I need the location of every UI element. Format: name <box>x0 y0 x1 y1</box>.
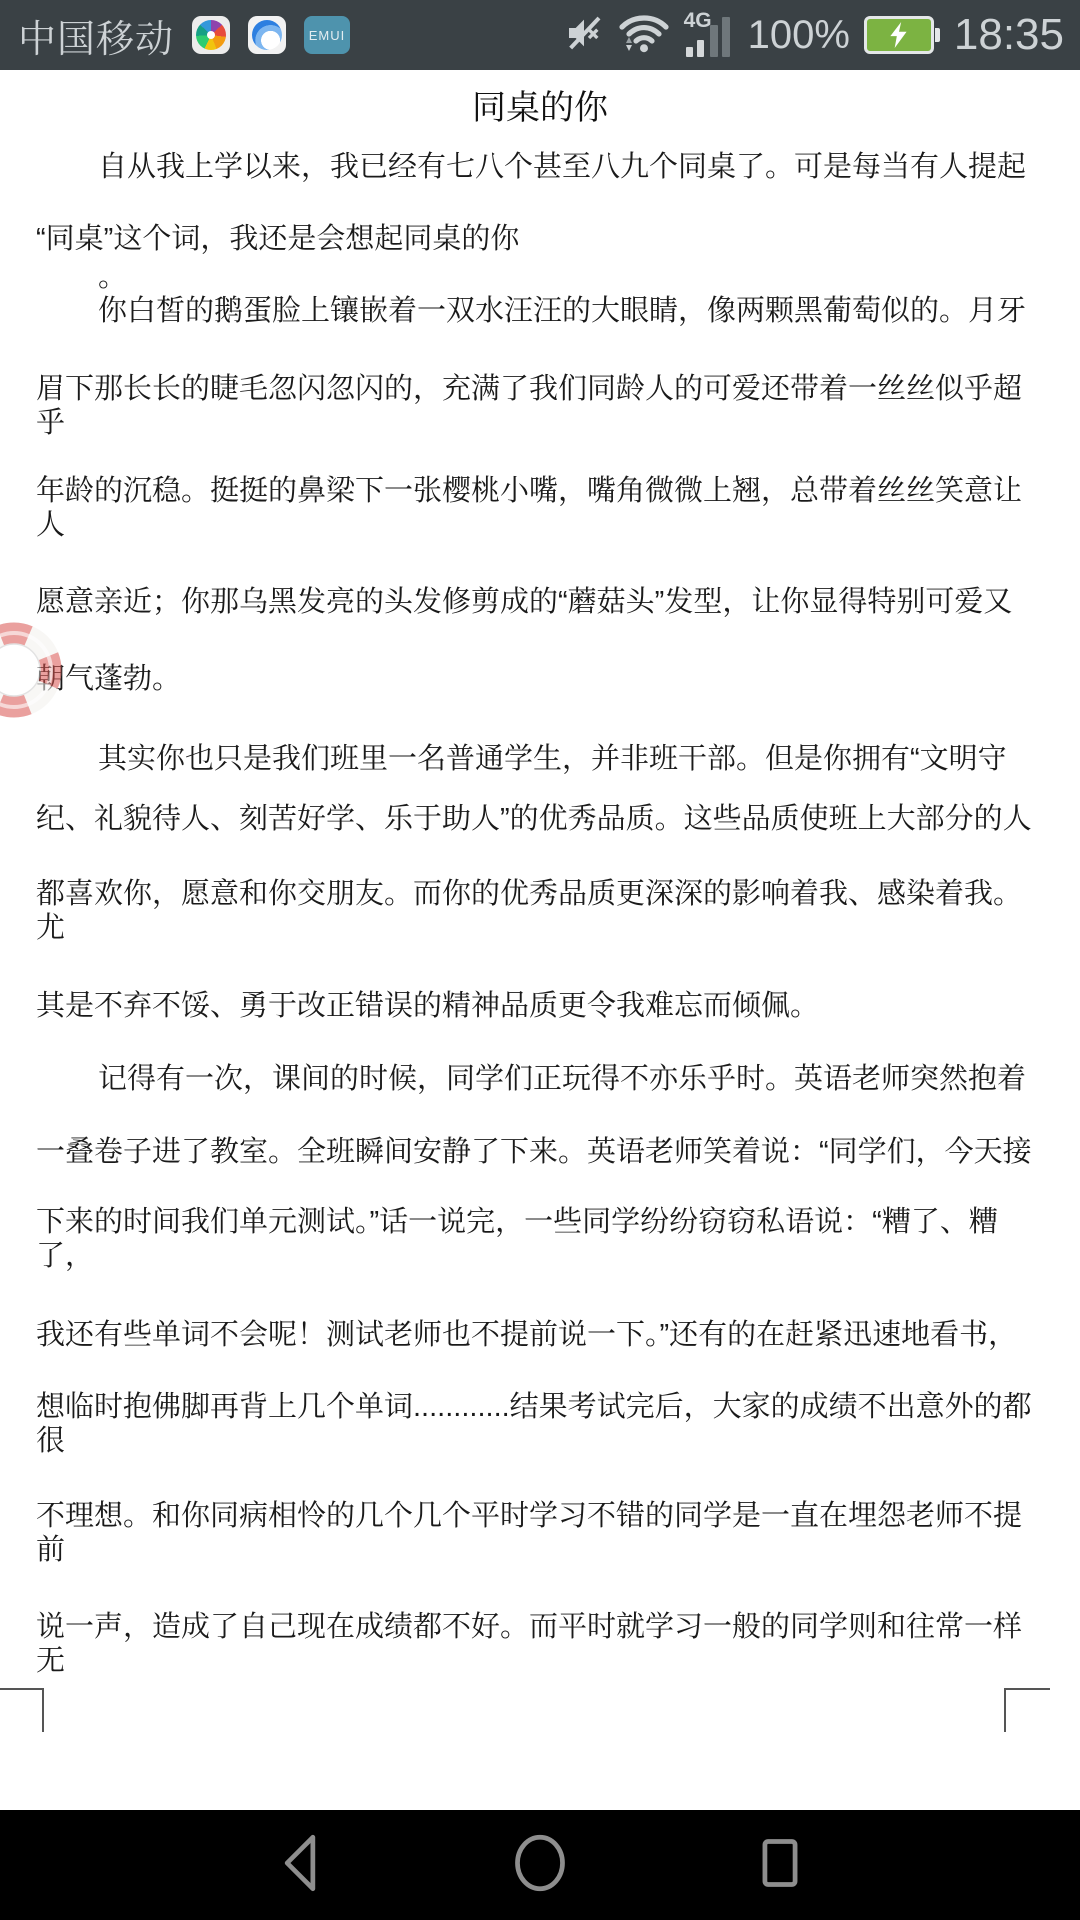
text-line: 自从我上学以来，我已经有七八个甚至八九个同桌了。可是每当有人提起 <box>0 150 1080 184</box>
text-line: 尤 <box>0 911 1080 945</box>
text-line: 下来的时间我们单元测试。”话一说完，一些同学纷纷窃窃私语说：“糟了、糟 <box>0 1205 1080 1239</box>
clock-label: 18:35 <box>954 10 1064 60</box>
navigation-bar <box>0 1810 1080 1920</box>
app-market-notification-icon <box>192 16 230 54</box>
text-line: 乎 <box>0 406 1080 440</box>
carrier-label: 中国移动 <box>18 8 174 63</box>
text-line: 说一声，造成了自己现在成绩都不好。而平时就学习一般的同学则和往常一样 <box>0 1610 1080 1644</box>
battery-charging-icon <box>864 16 940 54</box>
page-margin-corner-left <box>0 1688 44 1732</box>
text-line: 纪、礼貌待人、刻苦好学、乐于助人”的优秀品质。这些品质使班上大部分的人 <box>0 802 1080 836</box>
recents-icon <box>755 1835 805 1896</box>
text-line: 很 <box>0 1424 1080 1458</box>
text-line: 愿意亲近；你那乌黑发亮的头发修剪成的“蘑菇头”发型，让你显得特别可爱又 <box>0 585 1080 619</box>
signal-strength-icon: 4G <box>684 11 734 59</box>
recents-button[interactable] <box>746 1810 814 1920</box>
text-line: 你白皙的鹅蛋脸上镶嵌着一双水汪汪的大眼睛，像两颗黑葡萄似的。月牙 <box>0 294 1080 328</box>
home-button[interactable] <box>506 1810 574 1920</box>
text-line: 人 <box>0 508 1080 542</box>
text-line: 都喜欢你，愿意和你交朋友。而你的优秀品质更深深的影响着我、感染着我。 <box>0 877 1080 911</box>
emui-notification-icon: EMUI <box>304 16 350 54</box>
text-line: “同桌”这个词，我还是会想起同桌的你 <box>0 222 1080 256</box>
text-line: 想临时抱佛脚再背上几个单词............结果考试完后，大家的成绩不出意… <box>0 1390 1080 1424</box>
back-button[interactable] <box>266 1810 334 1920</box>
text-line: 。 <box>0 260 1080 294</box>
document-view[interactable]: 同桌的你 自从我上学以来，我已经有七八个甚至八九个同桌了。可是每当有人提起 “同… <box>0 70 1080 1810</box>
text-line: 了， <box>0 1239 1080 1273</box>
android-screen: 中国移动 EMUI <box>0 0 1080 1920</box>
battery-percent-label: 100% <box>748 13 850 58</box>
text-line: 眉下那长长的睫毛忽闪忽闪的，充满了我们同龄人的可爱还带着一丝丝似乎超 <box>0 372 1080 406</box>
life-buoy-floating-widget[interactable] <box>0 622 62 718</box>
text-line: 无 <box>0 1644 1080 1678</box>
text-line: 记得有一次，课间的时候，同学们正玩得不亦乐乎时。英语老师突然抱着 <box>0 1062 1080 1096</box>
page-margin-corner-right <box>1004 1688 1050 1732</box>
text-line: 年龄的沉稳。挺挺的鼻梁下一张樱桃小嘴，嘴角微微上翘，总带着丝丝笑意让 <box>0 474 1080 508</box>
mute-icon <box>564 13 604 58</box>
browser-notification-icon <box>248 16 286 54</box>
network-type-label: 4G <box>684 9 712 33</box>
status-bar-left: 中国移动 EMUI <box>0 8 564 63</box>
text-line: 朝气蓬勃。 <box>0 662 1080 696</box>
status-bar[interactable]: 中国移动 EMUI <box>0 0 1080 70</box>
text-line: 不理想。和你同病相怜的几个几个平时学习不错的同学是一直在埋怨老师不提 <box>0 1499 1080 1533</box>
document-title: 同桌的你 <box>0 86 1080 130</box>
home-icon <box>509 1833 571 1898</box>
status-bar-right: 4G 100% 18:35 <box>564 10 1080 60</box>
wifi-icon <box>618 11 670 60</box>
text-line: 我还有些单词不会呢！测试老师也不提前说一下。”还有的在赶紧迅速地看书， <box>0 1318 1080 1352</box>
text-line: 其是不弃不馁、勇于改正错误的精神品质更令我难忘而倾佩。 <box>0 989 1080 1023</box>
text-line: 前 <box>0 1533 1080 1567</box>
text-line: 其实你也只是我们班里一名普通学生，并非班干部。但是你拥有“文明守 <box>0 742 1080 776</box>
text-line: 一叠卷子进了教室。全班瞬间安静了下来。英语老师笑着说：“同学们，今天接 <box>0 1135 1080 1169</box>
back-icon <box>275 1833 325 1898</box>
